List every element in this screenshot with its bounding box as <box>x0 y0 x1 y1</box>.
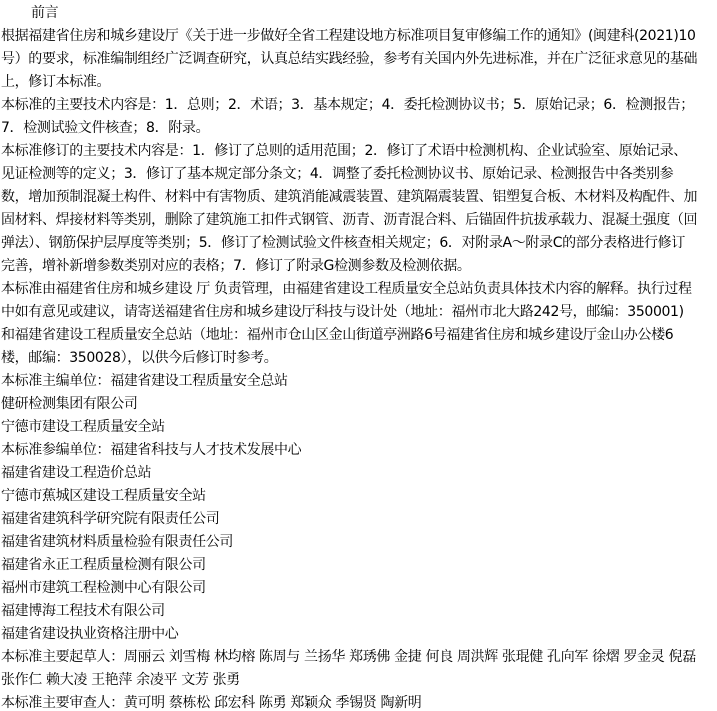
text-line: 见证检测等的定义；3．修订了基本规定部分条文；4．调整了委托检测协议书、原始记录… <box>1 163 717 186</box>
unit-name: 福建省建设执业资格注册中心 <box>1 623 717 646</box>
unit-name: 福建省永正工程质量检测有限公司 <box>1 554 717 577</box>
participating-label: 本标准参编单位： <box>1 442 110 458</box>
unit-name: 宁德市蕉城区建设工程质量安全站 <box>1 485 717 508</box>
drafter-names: 周丽云 刘雪梅 林均榕 陈周与 兰扬华 郑琇佛 金捷 何良 周洪辉 张琨健 孔向… <box>124 649 696 665</box>
chief-editor-line: 本标准主编单位：福建省建设工程质量安全总站 <box>1 370 717 393</box>
text-line: 楼，邮编：350028），以供今后修订时参考。 <box>1 347 717 370</box>
text-line: 数，增加预制混凝土构件、材料中有害物质、建筑消能减震装置、建筑隔震装置、铝塑复合… <box>1 186 717 209</box>
text-line: 号）的要求，标准编制组经广泛调查研究，认真总结实践经验，参考有关国内外先进标准，… <box>1 48 717 71</box>
drafters: 本标准主要起草人：周丽云 刘雪梅 林均榕 陈周与 兰扬华 郑琇佛 金捷 何良 周… <box>1 646 717 692</box>
text-line: 完善，增补新增参数类别对应的表格；7．修订了附录G检测参数及检测依据。 <box>1 255 717 278</box>
unit-name: 福建省科技与人才技术发展中心 <box>110 442 301 458</box>
reviewers-line: 本标准主要审查人：黄可明 蔡栋松 邱宏科 陈勇 郑颖众 季锡贤 陶新明 <box>1 692 717 711</box>
unit-name: 健研检测集团有限公司 <box>1 393 717 416</box>
drafters-label: 本标准主要起草人： <box>1 649 124 665</box>
reviewer-names: 黄可明 蔡栋松 邱宏科 陈勇 郑颖众 季锡贤 陶新明 <box>124 695 422 711</box>
unit-name: 福建省建筑科学研究院有限责任公司 <box>1 508 717 531</box>
unit-name: 宁德市建设工程质量安全站 <box>1 416 717 439</box>
paragraph-main-content: 本标准的主要技术内容是：1．总则；2．术语；3．基本规定；4．委托检测协议书；5… <box>1 94 717 140</box>
participating-line: 本标准参编单位：福建省科技与人才技术发展中心 <box>1 439 717 462</box>
unit-name: 福州市建筑工程检测中心有限公司 <box>1 577 717 600</box>
chief-editor-units: 本标准主编单位：福建省建设工程质量安全总站 健研检测集团有限公司 宁德市建设工程… <box>1 370 717 439</box>
unit-name: 福建省建设工程造价总站 <box>1 462 717 485</box>
chief-editor-label: 本标准主编单位： <box>1 373 110 389</box>
drafter-names: 张作仁 赖大凌 王艳萍 余凌平 文芳 张勇 <box>1 669 717 692</box>
paragraph-revision-content: 本标准修订的主要技术内容是：1．修订了总则的适用范围；2．修订了术语中检测机构、… <box>1 140 717 278</box>
document-page: 前言 根据福建省住房和城乡建设厅《关于进一步做好全省工程建设地方标准项目复审修编… <box>0 0 717 711</box>
unit-name: 福建省建设工程质量安全总站 <box>110 373 287 389</box>
document-title: 前言 <box>1 2 717 25</box>
text-line: 上，修订本标准。 <box>1 71 717 94</box>
text-line: 和福建省建设工程质量安全总站（地址：福州市仓山区金山街道亭洲路6号福建省住房和城… <box>1 324 717 347</box>
reviewers: 本标准主要审查人：黄可明 蔡栋松 邱宏科 陈勇 郑颖众 季锡贤 陶新明 <box>1 692 717 711</box>
text-line: 根据福建省住房和城乡建设厅《关于进一步做好全省工程建设地方标准项目复审修编工作的… <box>1 25 717 48</box>
unit-name: 福建省建筑材料质量检验有限责任公司 <box>1 531 717 554</box>
text-line: 固材料、焊接材料等类别，删除了建筑施工扣件式钢管、沥青、沥青混合料、后锚固件抗拔… <box>1 209 717 232</box>
drafters-line: 本标准主要起草人：周丽云 刘雪梅 林均榕 陈周与 兰扬华 郑琇佛 金捷 何良 周… <box>1 646 717 669</box>
text-line: 弹法）、钢筋保护层厚度等类别；5．修订了检测试验文件核查相关规定；6．对附录A～… <box>1 232 717 255</box>
text-line: 本标准由福建省住房和城乡建设 厅 负责管理，由福建省建设工程质量安全总站负责具体… <box>1 278 717 301</box>
text-line: 7．检测试验文件核查；8．附录。 <box>1 117 717 140</box>
text-line: 本标准的主要技术内容是：1．总则；2．术语；3．基本规定；4．委托检测协议书；5… <box>1 94 717 117</box>
text-line: 本标准修订的主要技术内容是：1．修订了总则的适用范围；2．修订了术语中检测机构、… <box>1 140 717 163</box>
paragraph-basis: 根据福建省住房和城乡建设厅《关于进一步做好全省工程建设地方标准项目复审修编工作的… <box>1 25 717 94</box>
participating-units: 本标准参编单位：福建省科技与人才技术发展中心 福建省建设工程造价总站 宁德市蕉城… <box>1 439 717 646</box>
paragraph-management: 本标准由福建省住房和城乡建设 厅 负责管理，由福建省建设工程质量安全总站负责具体… <box>1 278 717 370</box>
unit-name: 福建博海工程技术有限公司 <box>1 600 717 623</box>
text-line: 中如有意见或建议，请寄送福建省住房和城乡建设厅科技与设计处（地址：福州市北大路2… <box>1 301 717 324</box>
reviewers-label: 本标准主要审查人： <box>1 695 124 711</box>
